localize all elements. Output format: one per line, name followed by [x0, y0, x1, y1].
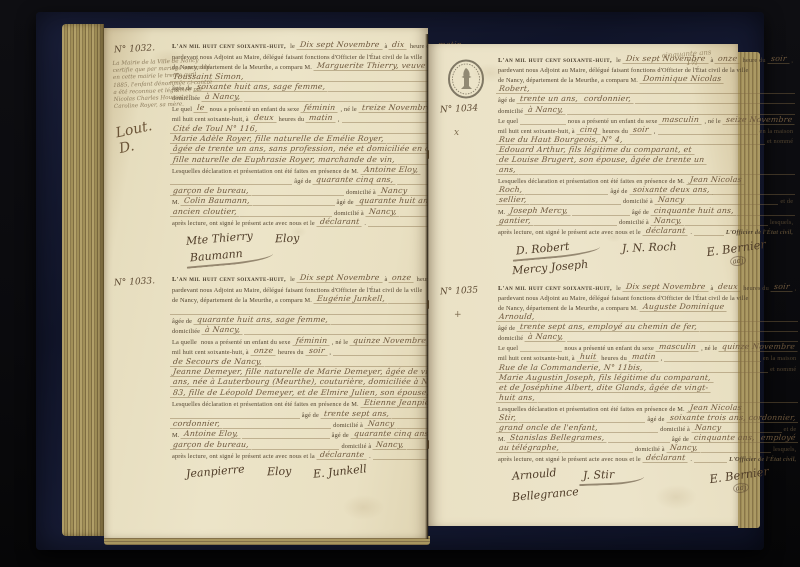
printed-text: et nommé: [765, 138, 795, 145]
blank-rule-line: [701, 452, 772, 453]
acte-1034: N° 1034xL'an mil huit cent soixante-huit…: [436, 54, 732, 282]
signature-row: D. RobertJ. N. Roch: [512, 241, 676, 258]
act-text-line: L'an mil huit cent soixante-huit,leDix s…: [496, 282, 798, 292]
printed-text: nous a présenté un enfant du sexe: [199, 339, 293, 346]
printed-text: Lesquelles déclaration et présentation o…: [170, 168, 361, 175]
printed-text: domicilié: [496, 335, 525, 342]
printed-text: domicilié: [496, 108, 525, 115]
printed-text: domiciliée: [170, 328, 202, 335]
printed-text: et de: [782, 426, 799, 433]
handwritten-text: Rue du Haut Bourgeois, N° 4,: [496, 135, 626, 145]
handwritten-text: Rue de la Commanderie, N° 11bis,: [496, 363, 646, 373]
blank-rule-line: [737, 215, 795, 216]
handwritten-text: le: [194, 103, 209, 113]
handwritten-text: Stanislas Bellegrames,: [507, 433, 609, 443]
printed-text: nous a présenté un enfant du sexe: [562, 345, 656, 352]
printed-text: âgé de: [670, 436, 691, 443]
signature: J. N. Roch: [621, 240, 676, 255]
printed-text: après lecture, ont signé le présent acte…: [170, 453, 317, 460]
printed-text: domicilié à: [617, 219, 651, 226]
handwritten-text: Jean Nicolas: [686, 403, 745, 413]
signature-row: Mte ThierryEloy: [186, 232, 299, 245]
act-text-line: mil huit cent soixante-huit, àhuitheures…: [496, 352, 798, 362]
blank-rule-line: [664, 361, 760, 362]
act-body: L'an mil huit cent soixante-huit,leDix s…: [496, 282, 800, 510]
act-text-line: Edouard Arthur, fils légitime du compara…: [496, 145, 795, 155]
blank-rule-line: [608, 442, 670, 443]
handwritten-text: deux: [715, 282, 742, 292]
handwritten-text: dix: [389, 40, 409, 50]
handwritten-text: soir: [767, 54, 790, 64]
handwritten-text: Nancy,: [650, 216, 685, 226]
printed-text: L'Officier de l'État civil,: [724, 229, 795, 236]
act-number: N° 1034: [440, 103, 494, 116]
handwritten-text: féminin: [292, 336, 330, 346]
signature-row: JeanpierreEloyE. Junkell: [186, 465, 367, 478]
act-margin-column: N° 1034x: [436, 54, 496, 282]
act-text-line: L'an mil huit cent soixante-huit,leDix s…: [496, 54, 795, 64]
handwritten-text: treize Novembre: [358, 103, 434, 113]
act-margin-column: N° 1032.La Mairie de la Ville de Nancyce…: [110, 40, 170, 273]
printed-text: heures du: [599, 355, 629, 362]
adjoint-signature: E. Bernieradj: [706, 237, 769, 270]
blank-rule-line: [635, 103, 796, 104]
printed-text: âgé de: [608, 188, 629, 195]
handwritten-text: soixante huit ans, sage femme,: [194, 82, 329, 92]
register-book-photo: N° 1032.La Mairie de la Ville de Nancyce…: [0, 0, 800, 567]
printed-text: domicilié à: [658, 426, 692, 433]
printed-text: domicilié à: [332, 210, 366, 217]
handwritten-text: onze: [389, 273, 415, 283]
blank-rule-line: [520, 351, 562, 352]
blank-rule-line: [685, 225, 768, 226]
printed-text: âgée de: [170, 318, 194, 325]
printed-text: mil huit cent soixante-huit, à: [170, 349, 251, 356]
printed-text: âgé de: [330, 432, 351, 439]
page-stack-left-edge: [62, 24, 104, 536]
handwritten-text: à Nancy,: [525, 105, 567, 115]
printed-text: en la maison: [761, 355, 799, 362]
handwritten-text: Jeanne Demeyer, fille naturelle de Marie…: [170, 367, 458, 377]
act-margin-column: N° 1035+: [436, 282, 496, 510]
act-text-line: Roch,âgé desoixante deux ans,: [496, 185, 795, 195]
acte-1032: N° 1032.La Mairie de la Ville de Nancyce…: [110, 40, 420, 273]
act-text-line: et de Joséphine Albert, dite Glands, âgé…: [496, 383, 798, 393]
handwritten-text: Nancy: [364, 419, 397, 429]
handwritten-text: Dix sept Novembre: [622, 282, 709, 292]
handwritten-text: soir: [305, 346, 328, 356]
act-text-line: M.Stanislas Bellegrames,âgé decinquante …: [496, 433, 798, 443]
handwritten-text: soixante deux ans,: [629, 185, 713, 195]
printed-text: mil huit cent soixante-huit, à: [496, 128, 577, 135]
handwritten-text: Nancy,: [666, 443, 701, 453]
handwritten-text: sellier,: [496, 195, 530, 205]
printed-text: heures du: [277, 116, 307, 123]
margin-mark-icon: +: [454, 310, 494, 320]
handwritten-text: à Nancy,: [525, 332, 567, 342]
handwritten-text: onze: [715, 54, 741, 64]
act-text-line: Le quelnous a présenté un enfant du sexe…: [496, 342, 798, 352]
printed-text: L'an mil huit cent soixante-huit,: [170, 276, 288, 283]
printed-text: après lecture, ont signé le présent acte…: [496, 456, 643, 463]
adjoint-signature-paraph: adj: [730, 255, 747, 267]
printed-text: Le quel: [496, 345, 520, 352]
act-text-line: Robert,: [496, 84, 795, 94]
handwritten-text: employé: [757, 433, 798, 443]
blank-rule-line: [252, 195, 344, 196]
handwritten-text: et de Joséphine Albert, dite Glands, âgé…: [496, 383, 712, 393]
printed-text: , né le: [703, 118, 723, 125]
act-text-line: au télégraphe,domicilié àNancy,lesquels,: [496, 443, 798, 453]
handwritten-text: Marie Augustin Joseph, fils légitime du …: [496, 373, 714, 383]
marginal-mention: La Mairie de la Ville de Nancycertifie q…: [112, 59, 169, 153]
handwritten-text: cinquante ans,: [690, 433, 758, 443]
handwritten-text: Joseph Mercy,: [507, 206, 572, 216]
handwritten-text: féminin: [301, 103, 339, 113]
handwritten-text: Nancy,: [365, 207, 400, 217]
act-body: L'an mil huit cent soixante-huit,leDix s…: [496, 54, 799, 282]
act-text-line: de Nancy, département de la Meurthe, a c…: [496, 302, 798, 312]
adjoint-signature-paraph: adj: [733, 482, 750, 494]
printed-text: domicilié à: [621, 198, 655, 205]
handwritten-text: déclarant: [642, 226, 689, 236]
printed-text: , né le: [330, 339, 350, 346]
blank-rule-line: [700, 331, 798, 332]
act-text-line: domiciliéà Nancy,: [496, 332, 798, 342]
book-gutter: [425, 34, 429, 539]
act-margin-column: N° 1033.: [110, 273, 170, 506]
handwritten-text: seize Novembre: [722, 115, 795, 125]
handwritten-text: ans,: [496, 165, 519, 175]
act-text-line: M.Joseph Mercy,âgé decinquante huit ans,: [496, 205, 795, 215]
handwritten-text: Jean Nicolas: [686, 175, 745, 185]
signature: Jeanpierre: [186, 463, 246, 481]
blank-rule-line: [253, 205, 334, 206]
blank-rule-line: [712, 194, 795, 195]
handwritten-text: garçon de bureau,: [170, 186, 252, 196]
handwritten-text: Cité de Toul N° 116,: [170, 124, 261, 134]
printed-text: mil huit cent soixante-huit, à: [170, 116, 251, 123]
printed-text: , né le: [339, 106, 359, 113]
witness-signatures: ArnouldJ. StirBellegrance: [512, 468, 644, 501]
printed-text: après lecture, ont signé le présent acte…: [496, 229, 643, 236]
act-text-line: huit ans,: [496, 393, 798, 403]
handwritten-text: trente sept ans, employé au chemin de fe…: [517, 322, 701, 332]
act-text-line: après lecture, ont signé le présent acte…: [496, 453, 798, 463]
blank-rule-line: [658, 134, 758, 135]
handwritten-text: Eugénie Junkell,: [313, 294, 388, 304]
act-number: N° 1035: [440, 284, 494, 297]
signature-row: ArnouldJ. Stir: [512, 468, 644, 485]
act-number: N° 1033.: [114, 276, 168, 289]
printed-text: pardevant nous Adjoint au Maire, délégué…: [170, 54, 425, 61]
act-text-line: Arnould,: [496, 312, 798, 322]
printed-text: ,: [789, 57, 795, 64]
handwritten-text: déclarante: [316, 450, 367, 460]
printed-text: Lesquelles déclaration et présentation o…: [496, 406, 687, 413]
handwritten-text: soir: [630, 125, 653, 135]
printed-text: pardevant nous Adjoint au Maire, délégué…: [496, 295, 751, 302]
blank-rule-line: [572, 215, 630, 216]
signature-block: D. RobertJ. N. RochMercy JosephE. Bernie…: [496, 236, 795, 282]
handwritten-text: Edouard Arthur, fils légitime du compara…: [496, 145, 695, 155]
printed-text: âgé de: [496, 325, 517, 332]
handwritten-text: Nancy,: [373, 440, 408, 450]
printed-text: âgé de: [292, 178, 313, 185]
handwritten-text: Nancy: [691, 423, 724, 433]
handwritten-text: fille naturelle de Euphrasie Royer, marc…: [170, 155, 398, 165]
printed-text: et nommé: [768, 366, 798, 373]
blank-rule-line: [525, 194, 608, 195]
blank-rule-line: [694, 462, 727, 463]
handwritten-text: huit: [576, 352, 600, 362]
handwritten-text: quinze Novembre: [350, 336, 430, 346]
handwritten-text: Stir,: [496, 413, 520, 423]
binding-stitch: [427, 440, 429, 449]
handwritten-text: quarante cinq ans,: [313, 175, 397, 185]
handwritten-text: Robert,: [496, 84, 533, 94]
handwritten-text: Antoine Eloy,: [360, 165, 421, 175]
binding-stitch: [427, 300, 429, 309]
margin-mark-icon: x: [454, 128, 494, 138]
printed-text: âgé de: [335, 199, 356, 206]
act-text-line: Marie Augustin Joseph, fils légitime du …: [496, 373, 798, 383]
signature-row: Bellegrance: [512, 488, 644, 501]
handwritten-text: deux: [250, 113, 277, 123]
handwritten-text: soixante trois ans, cordonnier,: [666, 413, 798, 423]
act-text-line: Le quelnous a présenté un enfant du sexe…: [496, 115, 795, 125]
printed-text: âgé de: [645, 416, 666, 423]
printed-text: de Nancy, département de la Meurthe, a c…: [170, 297, 314, 304]
printed-text: , né le: [699, 345, 719, 352]
handwritten-text: Marie Adèle Royer, fille naturelle de Em…: [170, 134, 387, 144]
handwritten-text: Dix sept Novembre: [296, 40, 383, 50]
handwritten-text: Arnould,: [496, 312, 538, 322]
handwritten-text: Dominique Nicolas: [639, 74, 724, 84]
left-page: N° 1032.La Mairie de la Ville de Nancyce…: [104, 28, 428, 538]
marginal-mention-signature: Lout. D.: [114, 115, 172, 157]
handwritten-text: de Secours de Nancy,: [170, 357, 266, 367]
signature: Eloy: [275, 232, 300, 246]
adjoint-signature: E. Bernieradj: [709, 464, 772, 497]
handwritten-text: Nancy: [654, 195, 687, 205]
blank-rule-line: [242, 438, 330, 439]
handwritten-text: de Louise Brugert, son épouse, âgée de t…: [496, 155, 708, 165]
printed-text: âgé de: [300, 412, 321, 419]
handwritten-text: matin: [628, 352, 659, 362]
printed-text: domicilié à: [339, 443, 373, 450]
act-text-line: Stir,âgé desoixante trois ans, cordonnie…: [496, 413, 798, 423]
printed-text: nous a présenté un enfant du sexe: [208, 106, 302, 113]
handwritten-text: 83, fille de Léopold Demeyer, et de Elmi…: [170, 388, 433, 398]
printed-text: lesquels,: [771, 446, 798, 453]
act-text-line: gantier,domicilié àNancy,lesquels,: [496, 216, 795, 226]
signature: Baumann: [185, 244, 273, 269]
printed-text: L'Officier de l'État civil,: [727, 456, 798, 463]
printed-text: âgé de: [496, 97, 517, 104]
act-text-line: domiciliéà Nancy,: [496, 104, 795, 114]
act-text-line: sellier,domicilié àNancyet de: [496, 195, 795, 205]
printed-text: et de: [778, 198, 795, 205]
handwritten-text: cinquante huit ans,: [650, 206, 737, 216]
act-text-line: mil huit cent soixante-huit, àcinqheures…: [496, 125, 795, 135]
blank-rule-line: [534, 225, 617, 226]
witness-signatures: JeanpierreEloyE. Junkell: [186, 465, 367, 478]
handwritten-text: à Nancy,: [202, 92, 244, 102]
handwritten-text: Colin Baumann,: [181, 196, 254, 206]
blank-rule-line: [519, 174, 795, 175]
signature-block: ArnouldJ. StirBellegranceE. Bernieradj: [496, 463, 798, 509]
signature: E. Junkell: [313, 462, 368, 481]
act-text-line: ans,: [496, 165, 795, 175]
act-text-line: âgé detrente sept ans, employé au chemin…: [496, 322, 798, 332]
printed-text: lesquels,: [768, 219, 795, 226]
handwritten-text: déclarant: [316, 217, 363, 227]
signature: Bellegrance: [512, 485, 580, 504]
handwritten-text: Roch,: [496, 185, 526, 195]
handwritten-text: Toussaint Simon,: [170, 72, 247, 82]
handwritten-text: huit ans,: [496, 393, 539, 403]
handwritten-text: cordonnier,: [170, 419, 224, 429]
act-text-line: Lesquelles déclaration et présentation o…: [496, 175, 795, 185]
signature: Eloy: [266, 465, 291, 479]
printed-text: domicilié à: [633, 446, 667, 453]
printed-text: heure du: [741, 57, 768, 64]
handwritten-text: déclarant: [642, 453, 689, 463]
printed-text: en la maison: [758, 128, 796, 135]
signature: J. Stir: [578, 467, 644, 486]
handwritten-text: quarante cinq ans,: [350, 429, 434, 439]
handwritten-text: Dix sept Novembre: [296, 273, 383, 283]
blank-rule-line: [694, 235, 724, 236]
handwritten-text: quinze Novembre: [719, 342, 799, 352]
handwritten-text: trente un ans,: [517, 94, 582, 104]
signature-row: Baumann: [186, 248, 299, 265]
imperial-stamp-icon: [446, 58, 486, 100]
handwritten-text: grand oncle de l'enfant,: [496, 423, 601, 433]
handwritten-text: trente sept ans,: [320, 409, 392, 419]
printed-text: Le quel: [496, 118, 520, 125]
printed-text: domicilié à: [331, 422, 365, 429]
printed-text: L'an mil huit cent soixante-huit,: [496, 57, 614, 64]
handwritten-text: cinq: [576, 125, 601, 135]
act-text-line: Lesquelles déclaration et présentation o…: [496, 403, 798, 413]
act-text-line: pardevant nous Adjoint au Maire, délégué…: [496, 292, 798, 302]
act-text-line: de Nancy, département de la Meurthe, a c…: [496, 74, 795, 84]
blank-rule-line: [538, 402, 798, 403]
handwritten-text: Dix sept Novembre: [622, 54, 709, 64]
printed-text: mil huit cent soixante-huit, à: [496, 355, 577, 362]
witness-signatures: D. RobertJ. N. RochMercy Joseph: [512, 241, 676, 274]
act-text-line: grand oncle de l'enfant,domicilié àNancy…: [496, 423, 798, 433]
handwritten-text: onze: [250, 346, 276, 356]
witness-signatures: Mte ThierryEloyBaumann: [186, 232, 299, 265]
printed-text: de Nancy, département de la Meurthe, a c…: [496, 77, 640, 84]
handwritten-text: Nancy: [377, 186, 410, 196]
marginal-mention-line: Caroline Royer, sa mère.: [114, 102, 168, 111]
acte-1035: N° 1035+L'an mil huit cent soixante-huit…: [436, 282, 732, 510]
printed-text: pardevant nous Adjoint au Maire, délégué…: [496, 67, 751, 74]
printed-text: heures du: [600, 128, 630, 135]
printed-text: Lesquelles déclaration et présentation o…: [170, 401, 361, 408]
printed-text: heures du: [276, 349, 306, 356]
handwritten-text: Antoine Eloy,: [181, 429, 242, 439]
act-number: N° 1032.: [114, 43, 168, 56]
act-text-line: de Louise Brugert, son épouse, âgée de t…: [496, 155, 795, 165]
act-text-line: Rue du Haut Bourgeois, N° 4,et nommé: [496, 135, 795, 145]
act-text-line: Rue de la Commanderie, N° 11bis,et nommé: [496, 362, 798, 372]
printed-text: heures du: [741, 285, 771, 292]
handwritten-text: quarante huit ans, sage femme,: [194, 315, 332, 325]
printed-text: Lesquelles déclaration et présentation o…: [496, 178, 687, 185]
handwritten-text: matin: [306, 113, 337, 123]
act-text-line: après lecture, ont signé le présent acte…: [496, 226, 795, 236]
act-text-line: pardevant nous Adjoint au Maire, délégué…: [496, 64, 795, 74]
handwritten-text: garçon de bureau,: [170, 440, 252, 450]
printed-text: après lecture, ont signé le présent acte…: [170, 220, 317, 227]
signature: Mte Thierry: [186, 229, 254, 248]
printed-text: de Nancy, département de la Meurthe, a c…: [496, 305, 640, 312]
handwritten-text: gantier,: [496, 216, 534, 226]
handwritten-text: soir: [770, 282, 793, 292]
act-text-line: âgé detrente un ans,cordonnier,: [496, 94, 795, 104]
handwritten-text: au télégraphe,: [496, 443, 563, 453]
handwritten-text: à Nancy,: [202, 325, 244, 335]
handwritten-text: ancien cloutier,: [170, 207, 241, 217]
acte-1033: N° 1033.L'an mil huit cent soixante-huit…: [110, 273, 420, 506]
right-page: cinquante ans 1½ N° 1034xL'an mil huit c…: [428, 44, 738, 526]
signature: Arnould: [512, 466, 558, 483]
blank-rule-line: [520, 124, 566, 125]
printed-text: ,: [793, 285, 799, 292]
handwritten-text: Auguste Dominique: [639, 302, 727, 312]
printed-text: La quelle: [170, 339, 199, 346]
handwritten-text: Marguerite Thierry, veuve de: [313, 61, 441, 71]
printed-text: pardevant nous Adjoint au Maire, délégué…: [170, 287, 425, 294]
handwritten-text: cordonnier,: [581, 94, 635, 104]
printed-text: L'an mil huit cent soixante-huit,: [170, 43, 288, 50]
printed-text: L'an mil huit cent soixante-huit,: [496, 285, 614, 292]
handwritten-text: masculin: [659, 115, 703, 125]
signature-row: Mercy Joseph: [512, 261, 676, 274]
printed-text: âgé de: [630, 209, 651, 216]
blank-rule-line: [562, 452, 633, 453]
handwritten-text: masculin: [655, 342, 699, 352]
blank-rule-line: [601, 432, 658, 433]
printed-text: nous a présenté un enfant du sexe: [566, 118, 660, 125]
binding-stitch: [427, 150, 429, 159]
printed-text: domicilié à: [344, 189, 378, 196]
